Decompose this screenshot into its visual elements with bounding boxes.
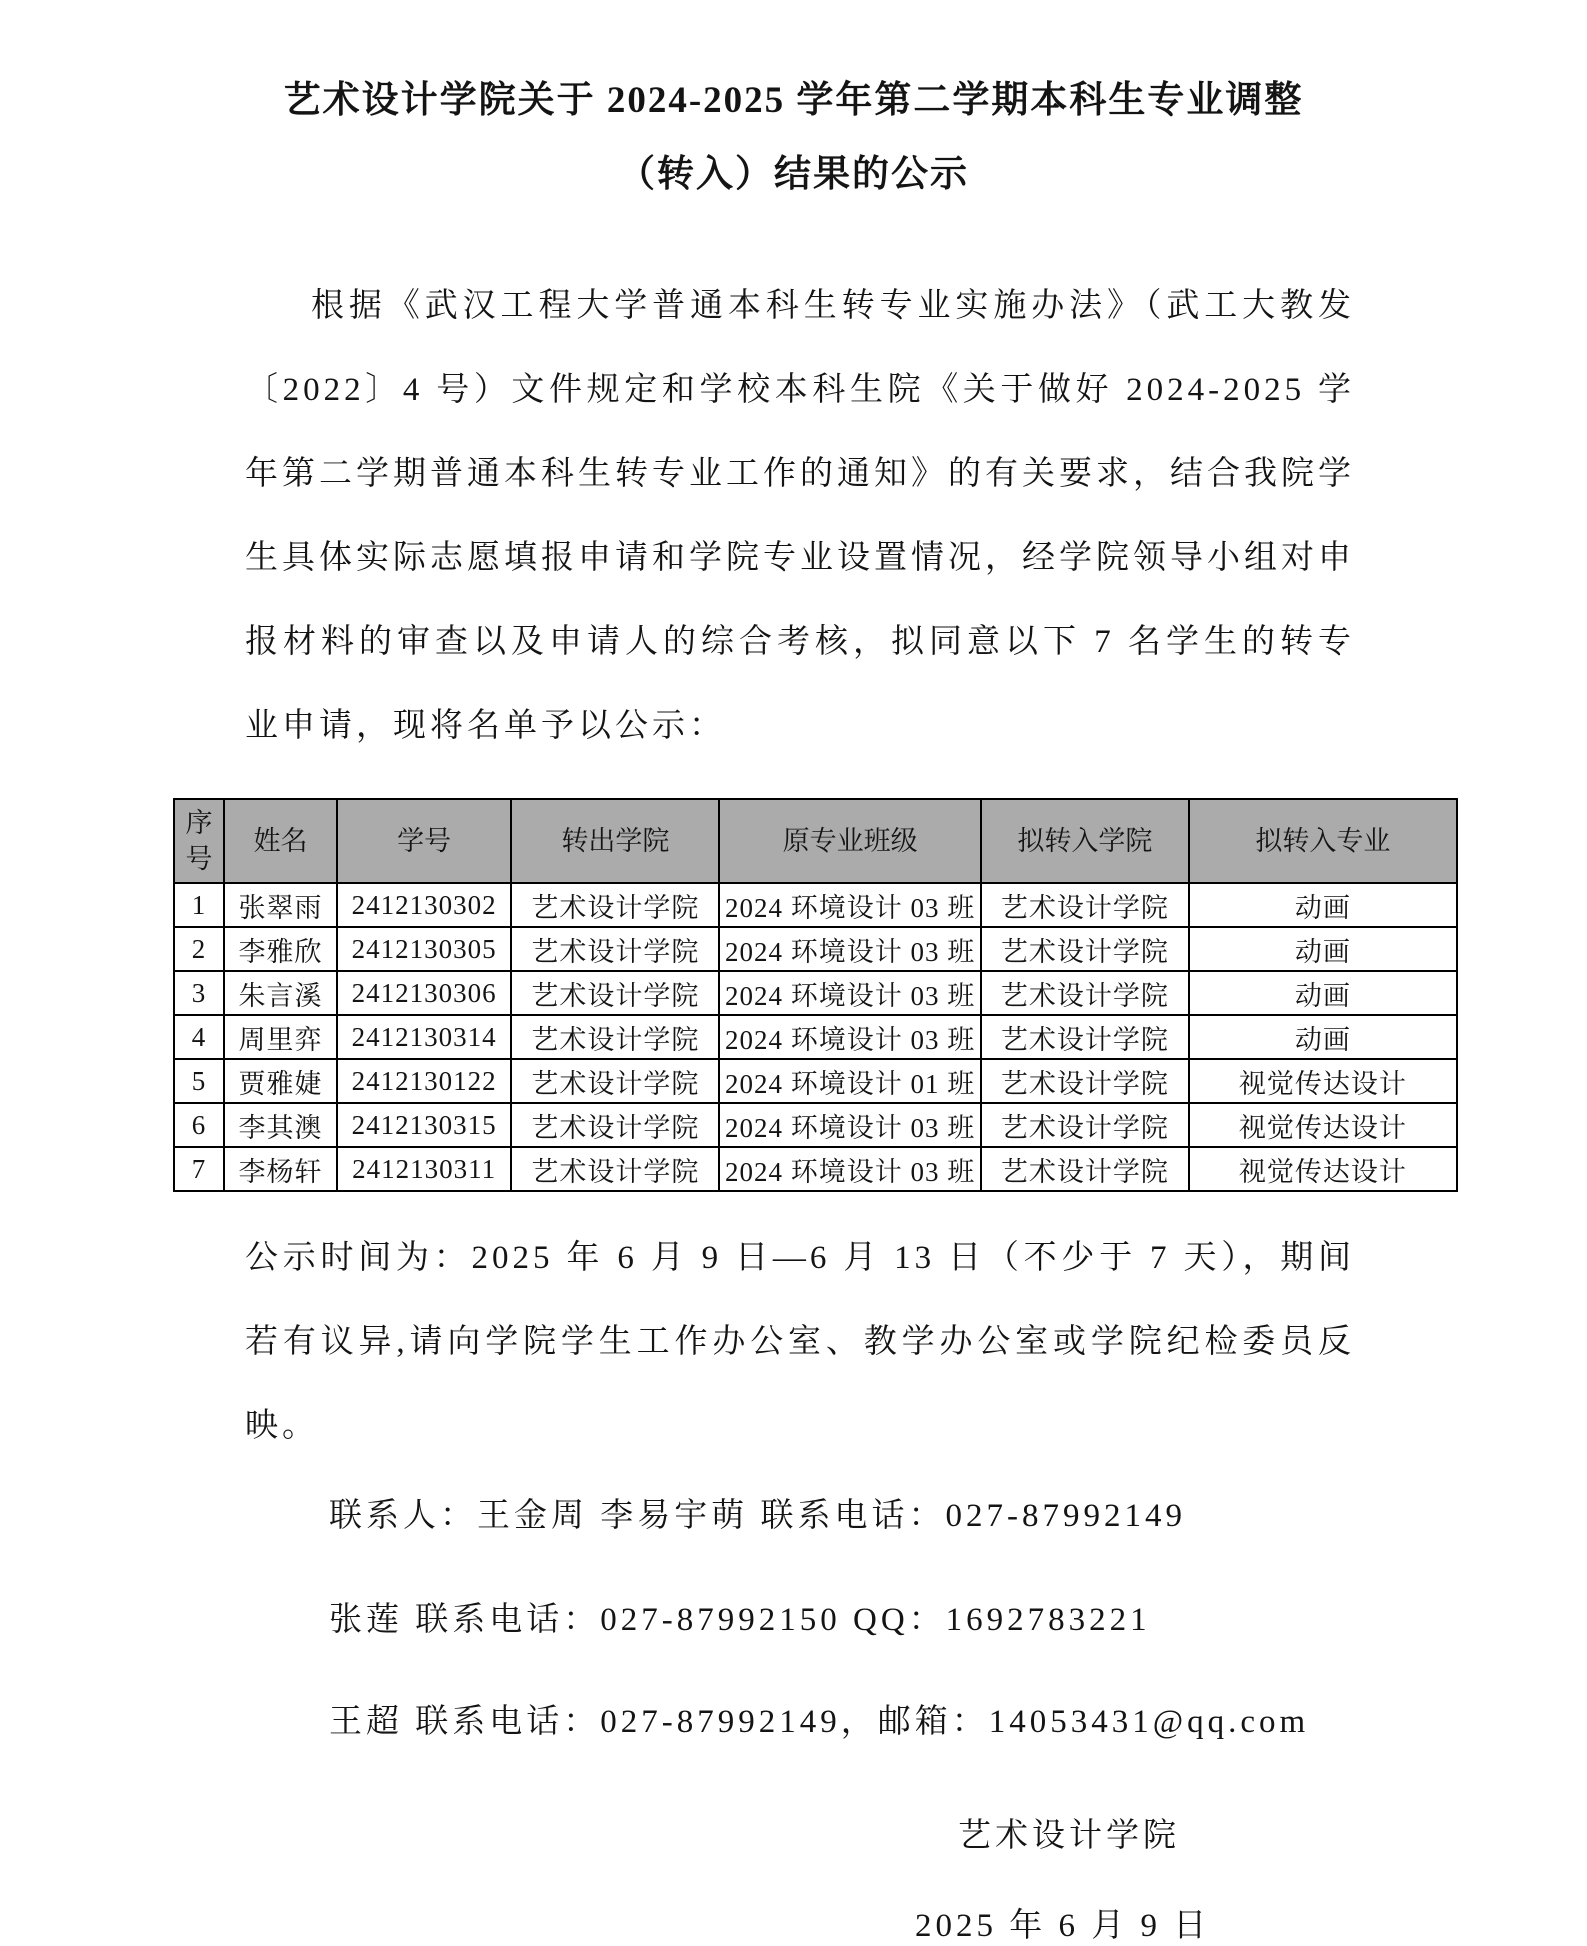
table-cell: 艺术设计学院 xyxy=(511,1015,719,1059)
table-cell: 艺术设计学院 xyxy=(981,927,1189,971)
table-cell: 动画 xyxy=(1189,1015,1457,1059)
column-header: 学号 xyxy=(337,799,511,883)
table-cell: 4 xyxy=(174,1015,224,1059)
table-cell: 2412130122 xyxy=(337,1059,511,1103)
table-row: 1张翠雨2412130302艺术设计学院2024 环境设计 03 班艺术设计学院… xyxy=(174,883,1457,927)
table-row: 2李雅欣2412130305艺术设计学院2024 环境设计 03 班艺术设计学院… xyxy=(174,927,1457,971)
table-cell: 2412130315 xyxy=(337,1103,511,1147)
page-title: 艺术设计学院关于 2024-2025 学年第二学期本科生专业调整 （转入）结果的… xyxy=(232,64,1355,212)
table-row: 7李杨轩2412130311艺术设计学院2024 环境设计 03 班艺术设计学院… xyxy=(174,1147,1457,1191)
table-cell: 艺术设计学院 xyxy=(981,1147,1189,1191)
table-cell: 李其澳 xyxy=(224,1103,337,1147)
table-cell: 2412130302 xyxy=(337,883,511,927)
table-cell: 艺术设计学院 xyxy=(981,1059,1189,1103)
column-header: 拟转入学院 xyxy=(981,799,1189,883)
table-body: 1张翠雨2412130302艺术设计学院2024 环境设计 03 班艺术设计学院… xyxy=(174,883,1457,1191)
table-cell: 艺术设计学院 xyxy=(981,971,1189,1015)
contact-line-1: 联系人：王金周 李易宇萌 联系电话：027-87992149 xyxy=(245,1494,1355,1538)
table-cell: 2412130314 xyxy=(337,1015,511,1059)
table-cell: 艺术设计学院 xyxy=(511,927,719,971)
table-cell: 5 xyxy=(174,1059,224,1103)
table-cell: 艺术设计学院 xyxy=(511,883,719,927)
table-row: 5贾雅婕2412130122艺术设计学院2024 环境设计 01 班艺术设计学院… xyxy=(174,1059,1457,1103)
table-cell: 2024 环境设计 03 班 xyxy=(719,1103,981,1147)
table-cell: 张翠雨 xyxy=(224,883,337,927)
column-header: 拟转入专业 xyxy=(1189,799,1457,883)
table-cell: 周里弈 xyxy=(224,1015,337,1059)
table-cell: 6 xyxy=(174,1103,224,1147)
contact-line-3: 王超 联系电话：027-87992149，邮箱：14053431@qq.com xyxy=(245,1700,1355,1744)
table-header-row: 序号姓名学号转出学院原专业班级拟转入学院拟转入专业 xyxy=(174,799,1457,883)
page-title-line2: （转入）结果的公示 xyxy=(232,138,1355,212)
column-header: 原专业班级 xyxy=(719,799,981,883)
table-cell: 朱言溪 xyxy=(224,971,337,1015)
announcement-document: 艺术设计学院关于 2024-2025 学年第二学期本科生专业调整 （转入）结果的… xyxy=(0,0,1587,1946)
table-cell: 李杨轩 xyxy=(224,1147,337,1191)
table-cell: 2024 环境设计 03 班 xyxy=(719,1147,981,1191)
table-row: 序号姓名学号转出学院原专业班级拟转入学院拟转入专业 xyxy=(174,799,1457,883)
signature-college: 艺术设计学院 xyxy=(958,1814,1355,1858)
table-cell: 贾雅婕 xyxy=(224,1059,337,1103)
table-cell: 视觉传达设计 xyxy=(1189,1103,1457,1147)
table-cell: 2412130305 xyxy=(337,927,511,971)
table-cell: 动画 xyxy=(1189,883,1457,927)
table-cell: 艺术设计学院 xyxy=(511,1103,719,1147)
column-header: 序号 xyxy=(174,799,224,883)
table-cell: 3 xyxy=(174,971,224,1015)
intro-paragraph: 根据《武汉工程大学普通本科生转专业实施办法》（武工大教发〔2022〕4 号）文件… xyxy=(245,264,1355,768)
table-cell: 艺术设计学院 xyxy=(511,971,719,1015)
table-cell: 艺术设计学院 xyxy=(511,1059,719,1103)
table-cell: 艺术设计学院 xyxy=(981,883,1189,927)
table-cell: 艺术设计学院 xyxy=(981,1103,1189,1147)
column-header: 转出学院 xyxy=(511,799,719,883)
table-cell: 艺术设计学院 xyxy=(981,1015,1189,1059)
contact-line-2: 张莲 联系电话：027-87992150 QQ：1692783221 xyxy=(245,1598,1355,1642)
table-row: 4周里弈2412130314艺术设计学院2024 环境设计 03 班艺术设计学院… xyxy=(174,1015,1457,1059)
table-row: 3朱言溪2412130306艺术设计学院2024 环境设计 03 班艺术设计学院… xyxy=(174,971,1457,1015)
table-cell: 视觉传达设计 xyxy=(1189,1147,1457,1191)
column-header: 姓名 xyxy=(224,799,337,883)
table-cell: 李雅欣 xyxy=(224,927,337,971)
table-cell: 艺术设计学院 xyxy=(511,1147,719,1191)
table-cell: 2024 环境设计 03 班 xyxy=(719,1015,981,1059)
table-cell: 视觉传达设计 xyxy=(1189,1059,1457,1103)
table-cell: 动画 xyxy=(1189,971,1457,1015)
table-cell: 7 xyxy=(174,1147,224,1191)
table-cell: 1 xyxy=(174,883,224,927)
table-cell: 2024 环境设计 03 班 xyxy=(719,971,981,1015)
table-cell: 2 xyxy=(174,927,224,971)
signature-date: 2025 年 6 月 9 日 xyxy=(915,1904,1355,1946)
table-cell: 2024 环境设计 03 班 xyxy=(719,927,981,971)
table-cell: 动画 xyxy=(1189,927,1457,971)
table-cell: 2024 环境设计 01 班 xyxy=(719,1059,981,1103)
table-cell: 2412130306 xyxy=(337,971,511,1015)
publicity-period-paragraph: 公示时间为：2025 年 6 月 9 日—6 月 13 日（不少于 7 天），期… xyxy=(245,1216,1355,1468)
table-cell: 2024 环境设计 03 班 xyxy=(719,883,981,927)
table-cell: 2412130311 xyxy=(337,1147,511,1191)
table-row: 6李其澳2412130315艺术设计学院2024 环境设计 03 班艺术设计学院… xyxy=(174,1103,1457,1147)
transfer-results-table: 序号姓名学号转出学院原专业班级拟转入学院拟转入专业 1张翠雨2412130302… xyxy=(173,798,1458,1192)
page-title-line1: 艺术设计学院关于 2024-2025 学年第二学期本科生专业调整 xyxy=(232,64,1355,138)
